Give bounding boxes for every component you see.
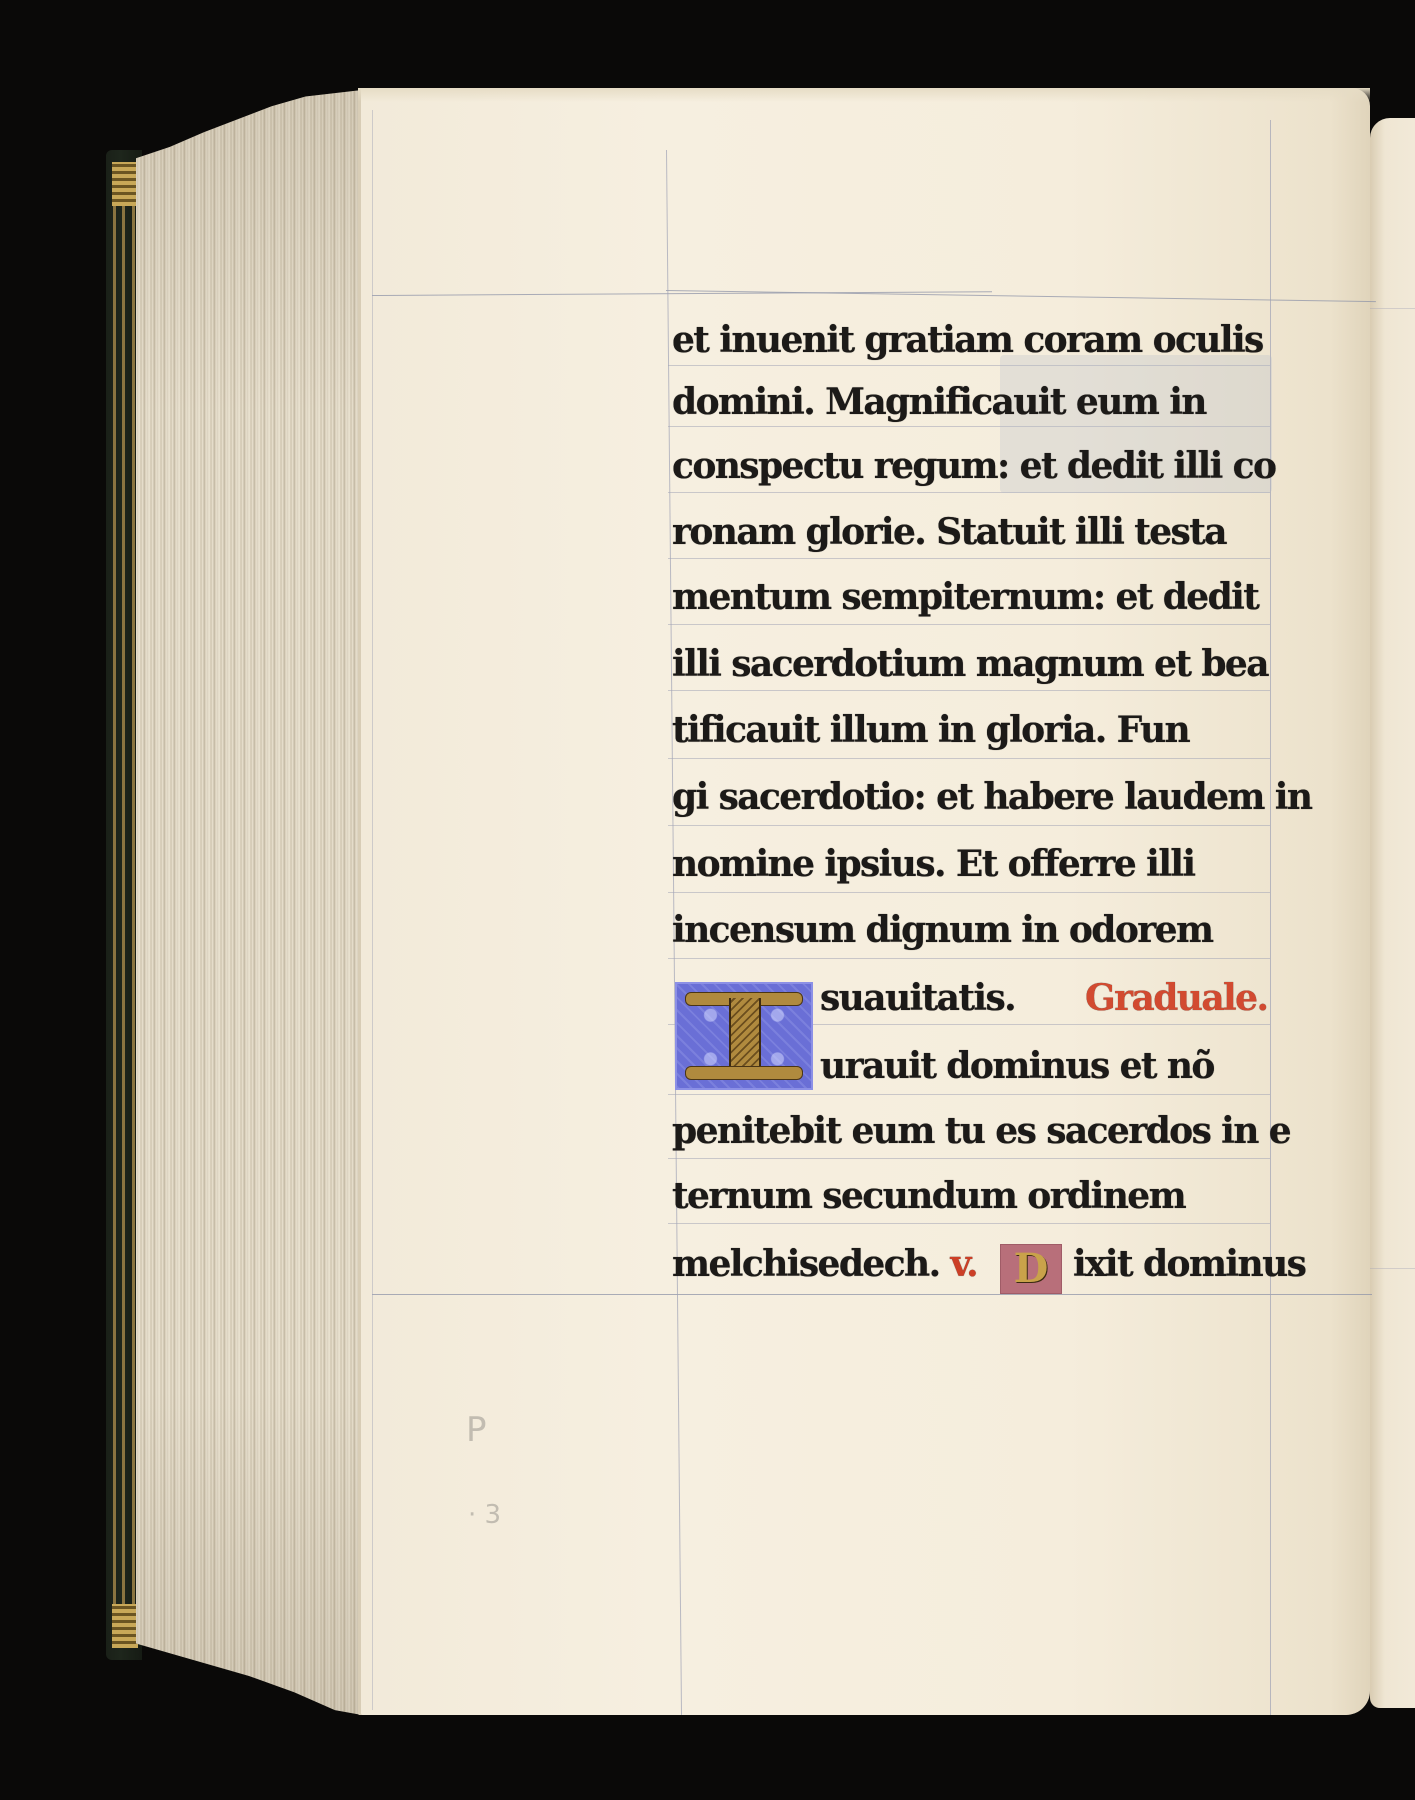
gilt-line	[132, 170, 135, 1640]
illuminated-initial-i	[675, 982, 813, 1090]
facing-page	[1370, 118, 1415, 1708]
text-line-13: penitebit eum tu es sacerdos in e	[672, 1103, 1290, 1159]
text-line-4: ronam glorie. Statuit illi testa	[672, 504, 1226, 560]
text-line-11: suauitatis. Graduale.	[820, 970, 1267, 1026]
text-line-6: illi sacerdotium magnum et bea	[672, 636, 1268, 692]
text-line-15: melchisedech. v. ixit dominus	[672, 1236, 1305, 1292]
text-line-14: ternum secundum ordinem	[672, 1168, 1185, 1224]
text-line-15-main: melchisedech.	[672, 1243, 940, 1285]
line-ruling	[668, 892, 1270, 893]
initial-serif-bottom	[685, 1066, 803, 1080]
text-line-15-after-initial: ixit dominus	[1073, 1243, 1305, 1285]
text-line-8: gi sacerdotio: et habere laudem in	[672, 769, 1311, 825]
text-line-7: tificauit illum in gloria. Fun	[672, 702, 1189, 758]
text-line-11-main: suauitatis.	[820, 977, 1015, 1019]
pencil-mark: P	[466, 1410, 487, 1450]
gilt-headband	[112, 162, 138, 206]
text-line-5: mentum sempiternum: et dedit	[672, 569, 1258, 625]
gilt-tailband	[112, 1604, 138, 1648]
ruling-line	[1370, 1268, 1415, 1269]
text-line-12: urauit dominus et nõ	[820, 1038, 1214, 1094]
line-ruling	[668, 825, 1270, 826]
ruling-line	[1370, 308, 1415, 309]
text-line-10: incensum dignum in odorem	[672, 902, 1212, 958]
page-margin-line	[372, 110, 373, 1710]
pencil-mark: · 3	[468, 1500, 501, 1530]
rubric-graduale: Graduale.	[1085, 977, 1267, 1019]
versicle-mark: v.	[950, 1243, 977, 1285]
text-line-1: et inuenit gratiam coram oculis	[672, 312, 1263, 368]
bottom-ruling	[372, 1294, 1372, 1295]
page-block-edges	[136, 90, 362, 1715]
text-line-2: domini. Magnificauit eum in	[672, 374, 1206, 430]
text-line-9: nomine ipsius. Et offerre illi	[672, 836, 1194, 892]
line-ruling	[668, 958, 1270, 959]
illuminated-initial-d: D	[1000, 1244, 1062, 1294]
line-ruling	[668, 1094, 1270, 1095]
line-ruling	[668, 758, 1270, 759]
gilt-line	[122, 170, 125, 1640]
initial-stem	[729, 998, 761, 1074]
gilt-line	[113, 170, 116, 1640]
initial-d-letter: D	[1001, 1245, 1061, 1293]
text-line-3: conspectu regum: et dedit illi co	[672, 438, 1275, 494]
